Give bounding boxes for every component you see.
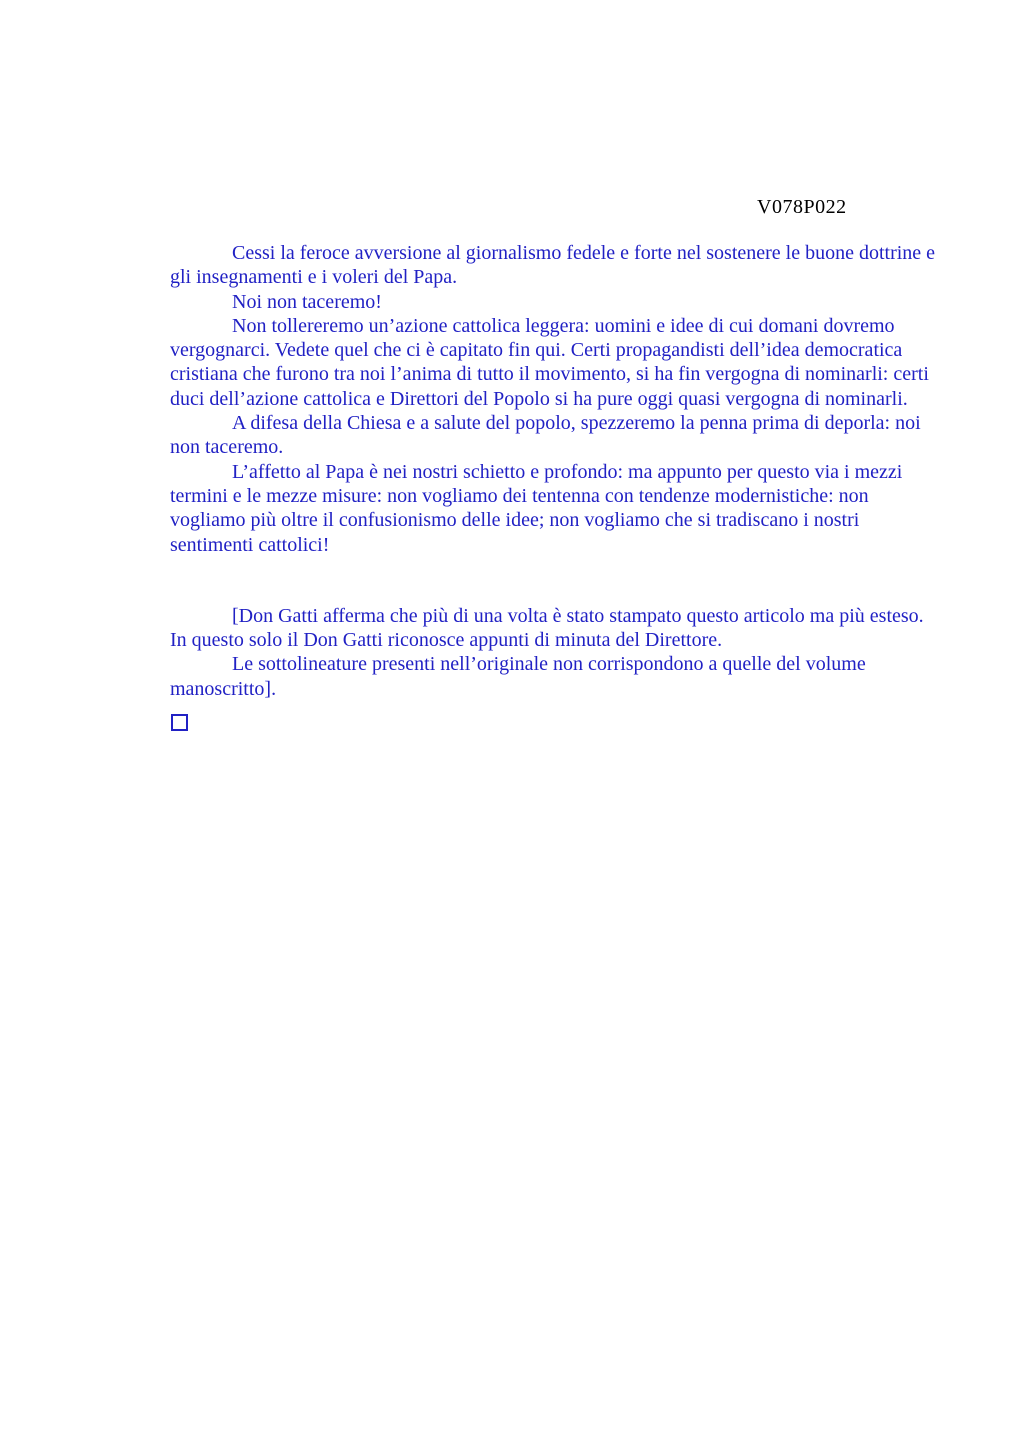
body-paragraph: A difesa della Chiesa e a salute del pop…: [170, 411, 936, 460]
document-body: Cessi la feroce avversione al giornalism…: [170, 241, 936, 737]
body-paragraph: Non tollereremo un’azione cattolica legg…: [170, 314, 936, 411]
note-paragraph: [Don Gatti afferma che più di una volta …: [170, 604, 936, 653]
end-mark-row: [170, 713, 936, 737]
end-of-text-square-icon: [171, 714, 188, 731]
document-code: V078P022: [757, 195, 847, 219]
body-paragraph: Cessi la feroce avversione al giornalism…: [170, 241, 936, 290]
body-paragraph: L’affetto al Papa è nei nostri schietto …: [170, 460, 936, 557]
editorial-note: [Don Gatti afferma che più di una volta …: [170, 604, 936, 701]
note-paragraph: Le sottolineature presenti nell’original…: [170, 652, 936, 701]
body-paragraph: Noi non taceremo!: [170, 290, 936, 314]
document-page: V078P022 Cessi la feroce avversione al g…: [0, 0, 1024, 1450]
